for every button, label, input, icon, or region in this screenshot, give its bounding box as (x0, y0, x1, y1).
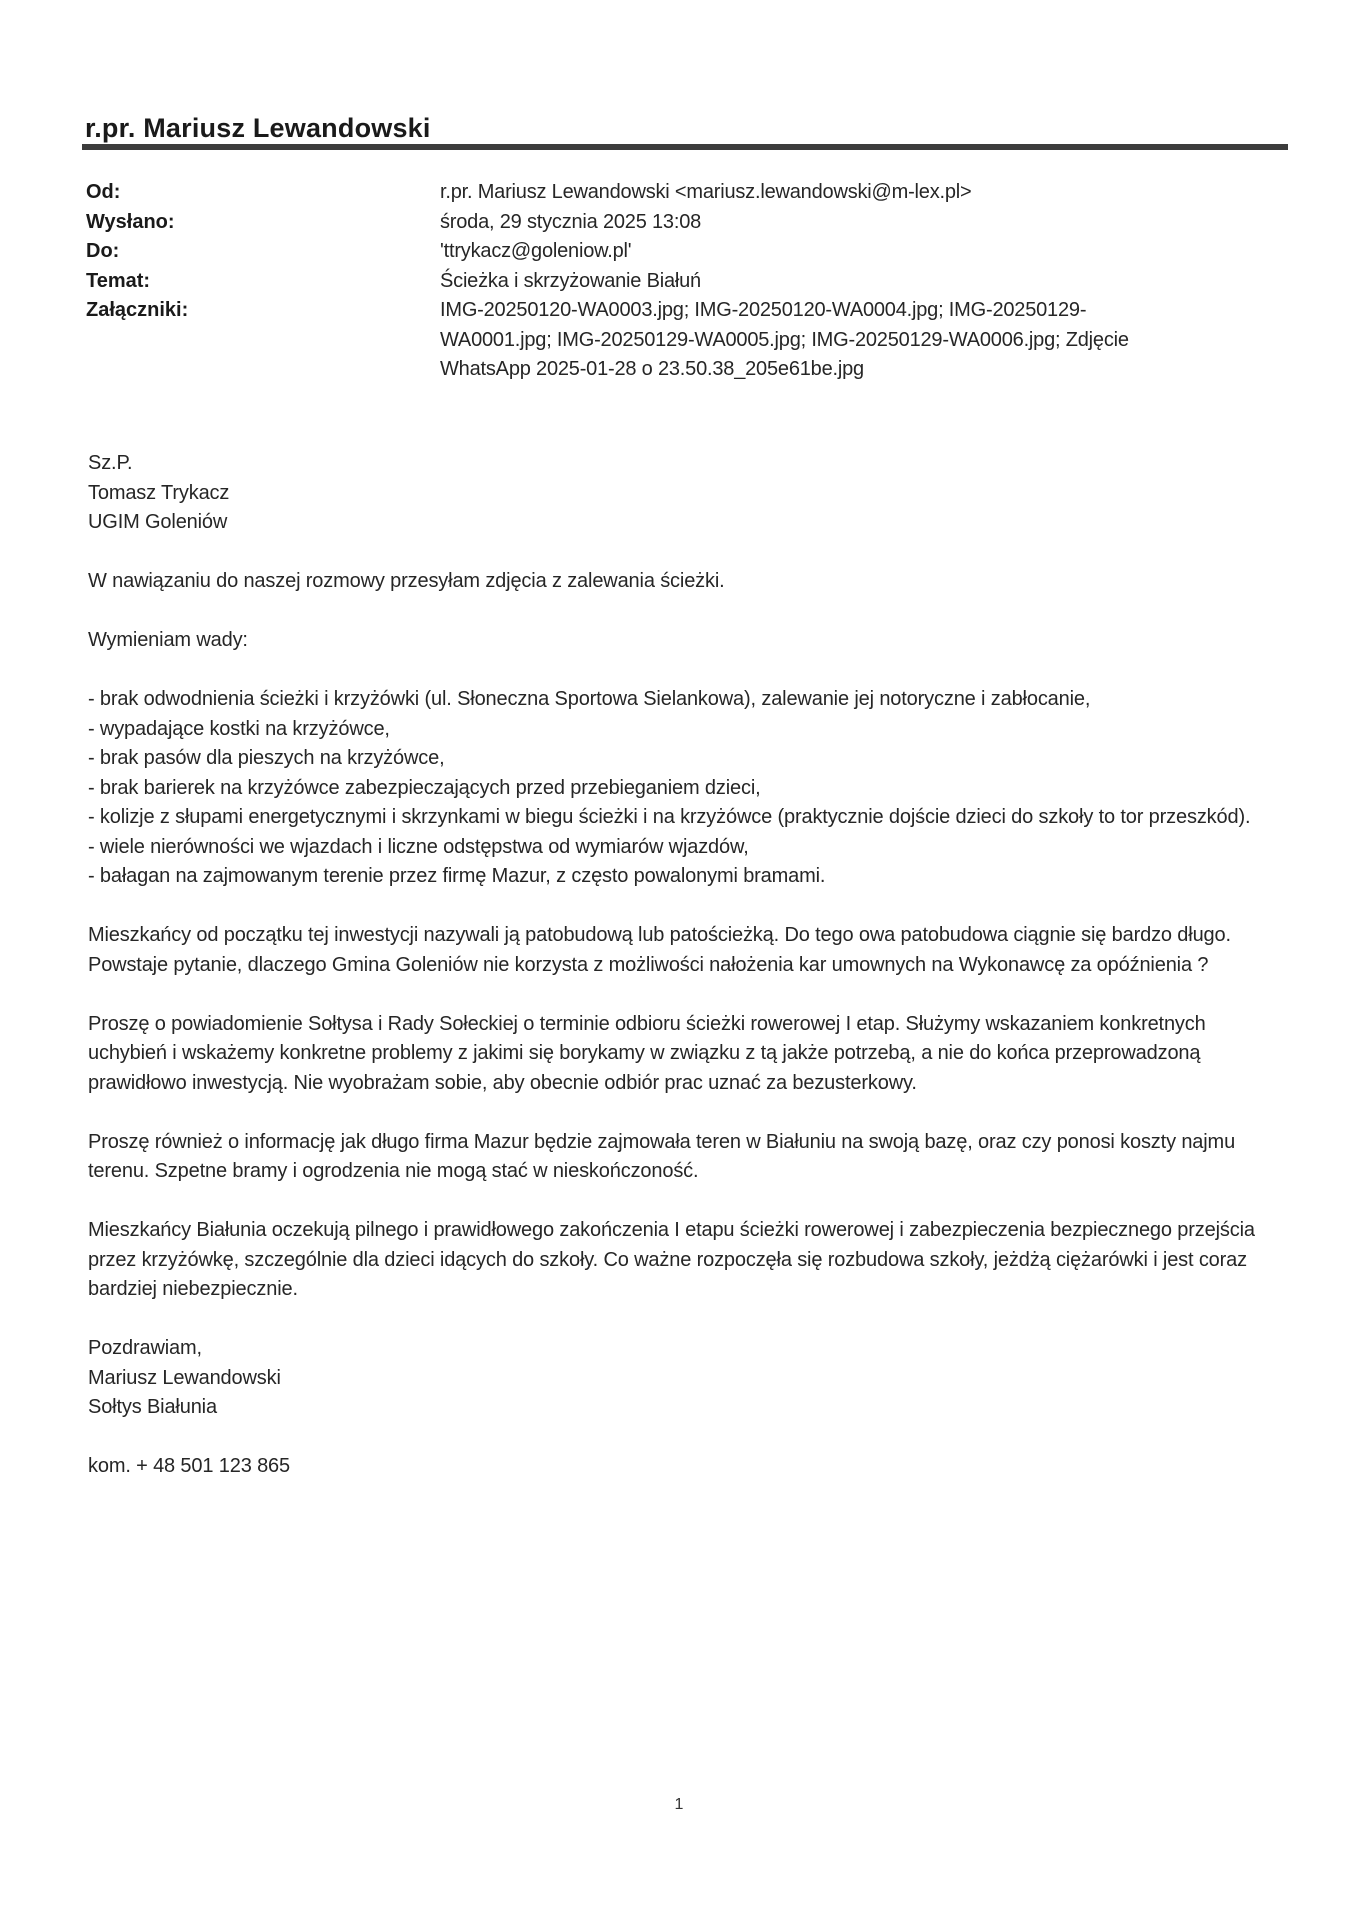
mazur-paragraph: Proszę również o informację jak długo fi… (88, 1128, 1288, 1187)
recipient-office: UGIM Goleniów (88, 508, 1288, 538)
defect-item: - kolizje z słupami energetycznymi i skr… (88, 803, 1288, 833)
residents-paragraph: Mieszkańcy od początku tej inwestycji na… (88, 921, 1288, 951)
defect-item: - brak odwodnienia ścieżki i krzyżówki (… (88, 685, 1288, 715)
header-row-to: Do: 'ttrykacz@goleniow.pl' (86, 237, 1266, 267)
notification-paragraph: Proszę o powiadomienie Sołtysa i Rady So… (88, 1010, 1288, 1099)
defects-list: - brak odwodnienia ścieżki i krzyżówki (… (88, 685, 1288, 892)
intro-paragraph: W nawiązaniu do naszej rozmowy przesyłam… (88, 567, 1288, 597)
phone-number: kom. + 48 501 123 865 (88, 1452, 1288, 1482)
header-row-subject: Temat: Ścieżka i skrzyżowanie Białuń (86, 267, 1266, 297)
expectation-paragraph: Mieszkańcy Białunia oczekują pilnego i p… (88, 1216, 1288, 1305)
from-label: Od: (86, 178, 440, 208)
subject-label: Temat: (86, 267, 440, 297)
salutation-line: Sz.P. (88, 449, 1288, 479)
page-number: 1 (0, 1796, 1358, 1814)
attachments-line: WA0001.jpg; IMG-20250129-WA0005.jpg; IMG… (440, 326, 1266, 356)
recipient-name: Tomasz Trykacz (88, 479, 1288, 509)
sent-label: Wysłano: (86, 208, 440, 238)
closing-greeting: Pozdrawiam, (88, 1334, 1288, 1364)
defect-item: - brak pasów dla pieszych na krzyżówce, (88, 744, 1288, 774)
email-header: Od: r.pr. Mariusz Lewandowski <mariusz.l… (86, 178, 1266, 385)
question-paragraph: Powstaje pytanie, dlaczego Gmina Golenió… (88, 951, 1288, 981)
from-value: r.pr. Mariusz Lewandowski <mariusz.lewan… (440, 178, 1266, 208)
signature-name: Mariusz Lewandowski (88, 1364, 1288, 1394)
attachments-value: IMG-20250120-WA0003.jpg; IMG-20250120-WA… (440, 296, 1266, 385)
signature-block: Pozdrawiam, Mariusz Lewandowski Sołtys B… (88, 1334, 1288, 1423)
salutation-block: Sz.P. Tomasz Trykacz UGIM Goleniów (88, 449, 1288, 538)
attachments-line: WhatsApp 2025-01-28 o 23.50.38_205e61be.… (440, 355, 1266, 385)
to-label: Do: (86, 237, 440, 267)
defects-heading: Wymieniam wady: (88, 626, 1288, 656)
attachments-label: Załączniki: (86, 296, 440, 385)
defect-item: - wiele nierówności we wjazdach i liczne… (88, 833, 1288, 863)
header-row-sent: Wysłano: środa, 29 stycznia 2025 13:08 (86, 208, 1266, 238)
email-body: Sz.P. Tomasz Trykacz UGIM Goleniów W naw… (88, 449, 1288, 1482)
header-row-attachments: Załączniki: IMG-20250120-WA0003.jpg; IMG… (86, 296, 1266, 385)
title-divider (82, 144, 1288, 150)
header-row-from: Od: r.pr. Mariusz Lewandowski <mariusz.l… (86, 178, 1266, 208)
attachments-line: IMG-20250120-WA0003.jpg; IMG-20250120-WA… (440, 296, 1266, 326)
sent-value: środa, 29 stycznia 2025 13:08 (440, 208, 1266, 238)
signature-role: Sołtys Białunia (88, 1393, 1288, 1423)
sender-title: r.pr. Mariusz Lewandowski (85, 112, 431, 144)
defect-item: - bałagan na zajmowanym terenie przez fi… (88, 862, 1288, 892)
subject-value: Ścieżka i skrzyżowanie Białuń (440, 267, 1266, 297)
defect-item: - brak barierek na krzyżówce zabezpiecza… (88, 774, 1288, 804)
email-printout-page: r.pr. Mariusz Lewandowski Od: r.pr. Mari… (0, 0, 1358, 1920)
to-value: 'ttrykacz@goleniow.pl' (440, 237, 1266, 267)
defect-item: - wypadające kostki na krzyżówce, (88, 715, 1288, 745)
